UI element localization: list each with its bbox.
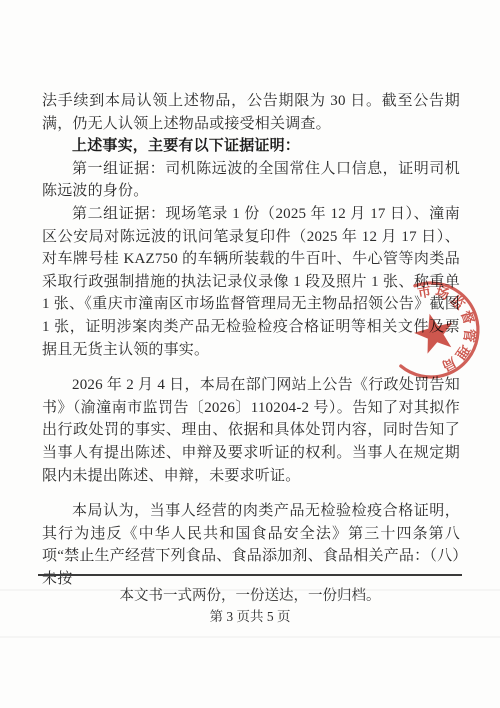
paragraph: 上述事实，主要有以下证据证明： — [42, 135, 460, 158]
scan-artifact — [0, 636, 500, 638]
page-number: 第 3 页共 5 页 — [0, 608, 500, 626]
paragraph: 法手续到本局认领上述物品，公告期限为 30 日。截至公告期满，仍无人认领上述物品… — [42, 90, 460, 135]
document-page: 法手续到本局认领上述物品，公告期限为 30 日。截至公告期满，仍无人认领上述物品… — [0, 0, 500, 708]
paragraph: 2026 年 2 月 4 日，本局在部门网站上公告《行政处罚告知书》（渝潼南市监… — [42, 374, 460, 487]
footer-divider — [38, 574, 462, 576]
copies-note: 本文书一式两份，一份送达，一份归档。 — [0, 586, 500, 606]
paragraph: 第一组证据：司机陈远波的全国常住人口信息，证明司机陈远波的身份。 — [42, 158, 460, 203]
paragraph: 第二组证据：现场笔录 1 份（2025 年 12 月 17 日）、潼南区公安局对… — [42, 203, 460, 361]
page-footer: 本文书一式两份，一份送达，一份归档。 第 3 页共 5 页 — [0, 574, 500, 626]
document-body: 法手续到本局认领上述物品，公告期限为 30 日。截至公告期满，仍无人认领上述物品… — [42, 90, 460, 590]
svg-text:督: 督 — [458, 308, 478, 326]
svg-text:管: 管 — [461, 328, 479, 344]
